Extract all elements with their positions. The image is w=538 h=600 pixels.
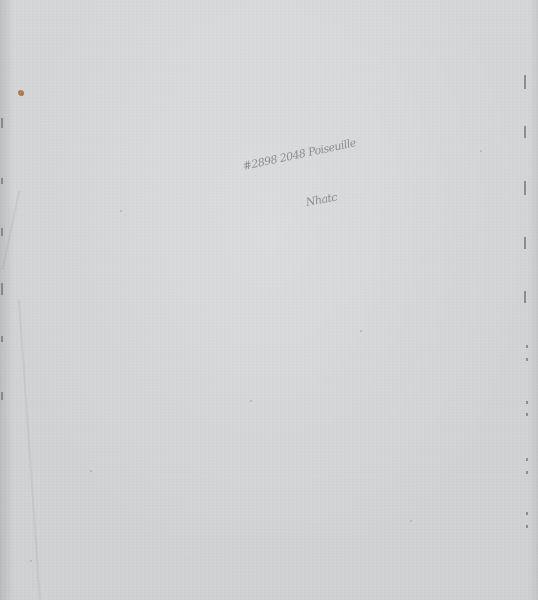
binding-tick xyxy=(526,471,528,474)
paper-speck xyxy=(250,400,252,402)
binding-tick xyxy=(1,336,3,342)
binding-tick xyxy=(1,178,3,184)
paper-speck xyxy=(30,560,32,562)
paper-speck xyxy=(90,470,92,472)
binding-tick xyxy=(524,75,526,89)
binding-tick xyxy=(526,512,528,515)
stain-mark xyxy=(18,90,24,96)
paper-speck xyxy=(410,520,412,522)
pencil-note-line2: Nhatc xyxy=(305,191,338,209)
binding-tick xyxy=(526,413,528,416)
left-edge-shadow xyxy=(0,0,14,600)
binding-tick xyxy=(526,525,528,528)
binding-tick xyxy=(524,181,526,195)
binding-tick xyxy=(1,118,3,128)
pencil-note-line1: #2898 2048 Poiseuille xyxy=(242,136,357,173)
binding-tick xyxy=(1,392,3,400)
binding-tick xyxy=(524,237,526,249)
binding-tick xyxy=(524,126,526,138)
paper-speck xyxy=(360,330,362,332)
binding-tick xyxy=(526,458,528,461)
binding-tick xyxy=(1,228,3,236)
binding-tick xyxy=(526,401,528,404)
paper-speck xyxy=(480,150,482,152)
paper-sheet: #2898 2048 Poiseuille Nhatc xyxy=(0,0,538,600)
binding-tick xyxy=(1,283,3,295)
binding-tick xyxy=(526,345,528,348)
binding-tick xyxy=(524,291,526,303)
paper-crease xyxy=(18,300,41,599)
right-edge-shadow xyxy=(528,0,538,600)
paper-speck xyxy=(120,210,122,212)
binding-tick xyxy=(526,358,528,361)
